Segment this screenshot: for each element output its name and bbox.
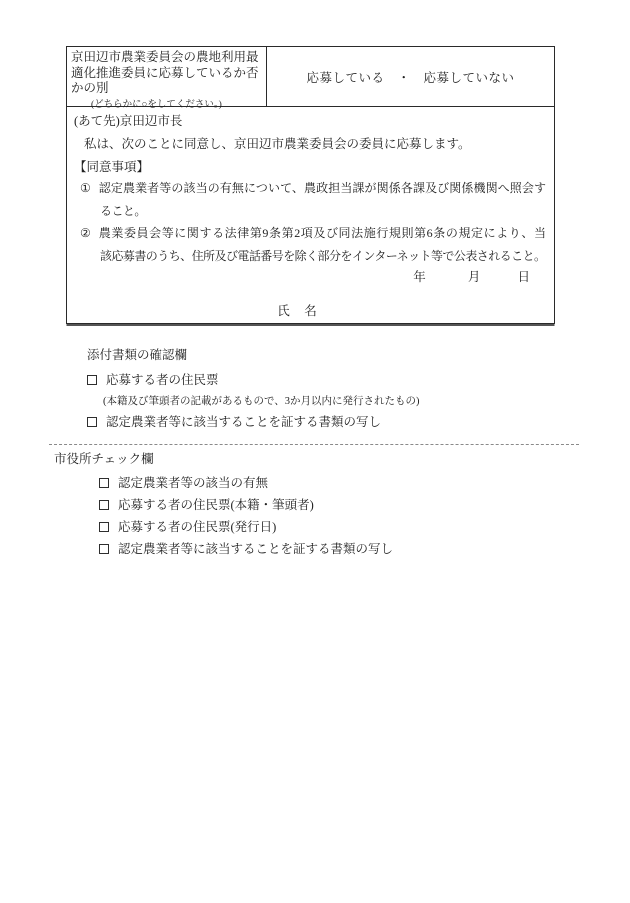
date-day-label: 日 [517,270,530,284]
attachment-certified-farmer-proof-label: 認定農業者等に該当することを証する書類の写し [106,415,381,429]
consent-item-1-number: ① [80,177,91,200]
consent-item-2: ② 農業委員会等に関する法律第9条第2項及び同法施行規則第6条の規定により、当 … [80,222,546,267]
consent-item-2-text: 農業委員会等に関する法律第9条第2項及び同法施行規則第6条の規定により、当 [99,222,546,245]
office-check-resident-card-issue-date-label: 応募する者の住民票(発行日) [118,520,276,534]
office-check-section-title: 市役所チェック欄 [54,449,393,470]
office-check-certified-farmer-proof-label: 認定農業者等に該当することを証する書類の写し [118,542,393,556]
status-question-cell: 京田辺市農業委員会の農地利用最適化推進委員に応募しているか否かの別 (どちらかに… [67,47,267,106]
declaration-line: 私は、次のことに同意し、京田辺市農業委員会の委員に応募します。 [84,134,554,154]
attachment-resident-card-note: (本籍及び筆頭者の記載があるもので、3か月以内に発行されたもの) [103,391,420,412]
office-check-item-resident-card-issue-date: 応募する者の住民票(発行日) [99,516,393,538]
consent-item-1-text-continued: ること。 [80,200,546,223]
office-check-certified-farmer-proof-checkbox[interactable] [99,544,109,554]
addressee-line: (あて先)京田辺市長 [74,111,554,131]
name-line: 氏 名 [67,301,554,321]
consent-item-1: ① 認定農業者等の該当の有無について、農政担当課が関係各課及び関係機関へ照会す … [80,177,546,222]
attachment-certified-farmer-proof-checkbox[interactable] [87,417,97,427]
office-check-certified-farmer-status-label: 認定農業者等の該当の有無 [118,476,268,490]
attachment-item-certified-farmer-proof: 認定農業者等に該当することを証する書類の写し [87,412,420,433]
office-check-section: 市役所チェック欄 認定農業者等の該当の有無 応募する者の住民票(本籍・筆頭者) … [54,449,393,560]
office-check-items: 認定農業者等の該当の有無 応募する者の住民票(本籍・筆頭者) 応募する者の住民票… [99,472,393,560]
office-check-resident-card-issue-date-checkbox[interactable] [99,522,109,532]
attachment-resident-card-label: 応募する者の住民票 [106,373,219,387]
section-divider-dashed-line [49,444,579,445]
document-page: 京田辺市農業委員会の農地利用最適化推進委員に応募しているか否かの別 (どちらかに… [0,0,630,903]
consent-item-2-text-continued: 該応募書のうち、住所及び電話番号を除く部分をインターネット等で公表されること。 [80,245,546,268]
date-month-label: 月 [468,270,481,284]
name-field-label: 氏 名 [277,304,318,318]
office-check-item-certified-farmer-status: 認定農業者等の該当の有無 [99,472,393,494]
office-check-resident-card-registry-checkbox[interactable] [99,500,109,510]
application-form-box: 京田辺市農業委員会の農地利用最適化推進委員に応募しているか否かの別 (どちらかに… [66,46,555,324]
attachments-section: 添付書類の確認欄 応募する者の住民票 (本籍及び筆頭者の記載があるもので、3か月… [87,345,420,433]
office-check-resident-card-registry-label: 応募する者の住民票(本籍・筆頭者) [118,498,314,512]
office-check-certified-farmer-status-checkbox[interactable] [99,478,109,488]
attachment-resident-card-checkbox[interactable] [87,375,97,385]
date-year-label: 年 [413,270,426,284]
application-status-table: 京田辺市農業委員会の農地利用最適化推進委員に応募しているか否かの別 (どちらかに… [67,47,554,107]
status-question-text: 京田辺市農業委員会の農地利用最適化推進委員に応募しているか否かの別 [71,50,259,95]
form-body: (あて先)京田辺市長 私は、次のことに同意し、京田辺市農業委員会の委員に応募しま… [67,107,554,321]
attachments-section-title: 添付書類の確認欄 [87,345,420,366]
attachment-item-resident-card: 応募する者の住民票 [87,370,420,391]
option-not-applying[interactable]: 応募していない [424,68,515,86]
consent-item-1-text: 認定農業者等の該当の有無について、農政担当課が関係各課及び関係機関へ照会す [99,177,546,200]
option-separator-dot: ・ [397,68,410,86]
date-line: 年 月 日 [67,267,554,287]
office-check-item-certified-farmer-proof: 認定農業者等に該当することを証する書類の写し [99,538,393,560]
status-choice-cell: 応募している ・ 応募していない [267,47,554,106]
consent-heading: 【同意事項】 [74,157,554,177]
office-check-item-resident-card-registry: 応募する者の住民票(本籍・筆頭者) [99,494,393,516]
consent-item-2-number: ② [80,222,91,245]
option-applying[interactable]: 応募している [306,68,384,86]
